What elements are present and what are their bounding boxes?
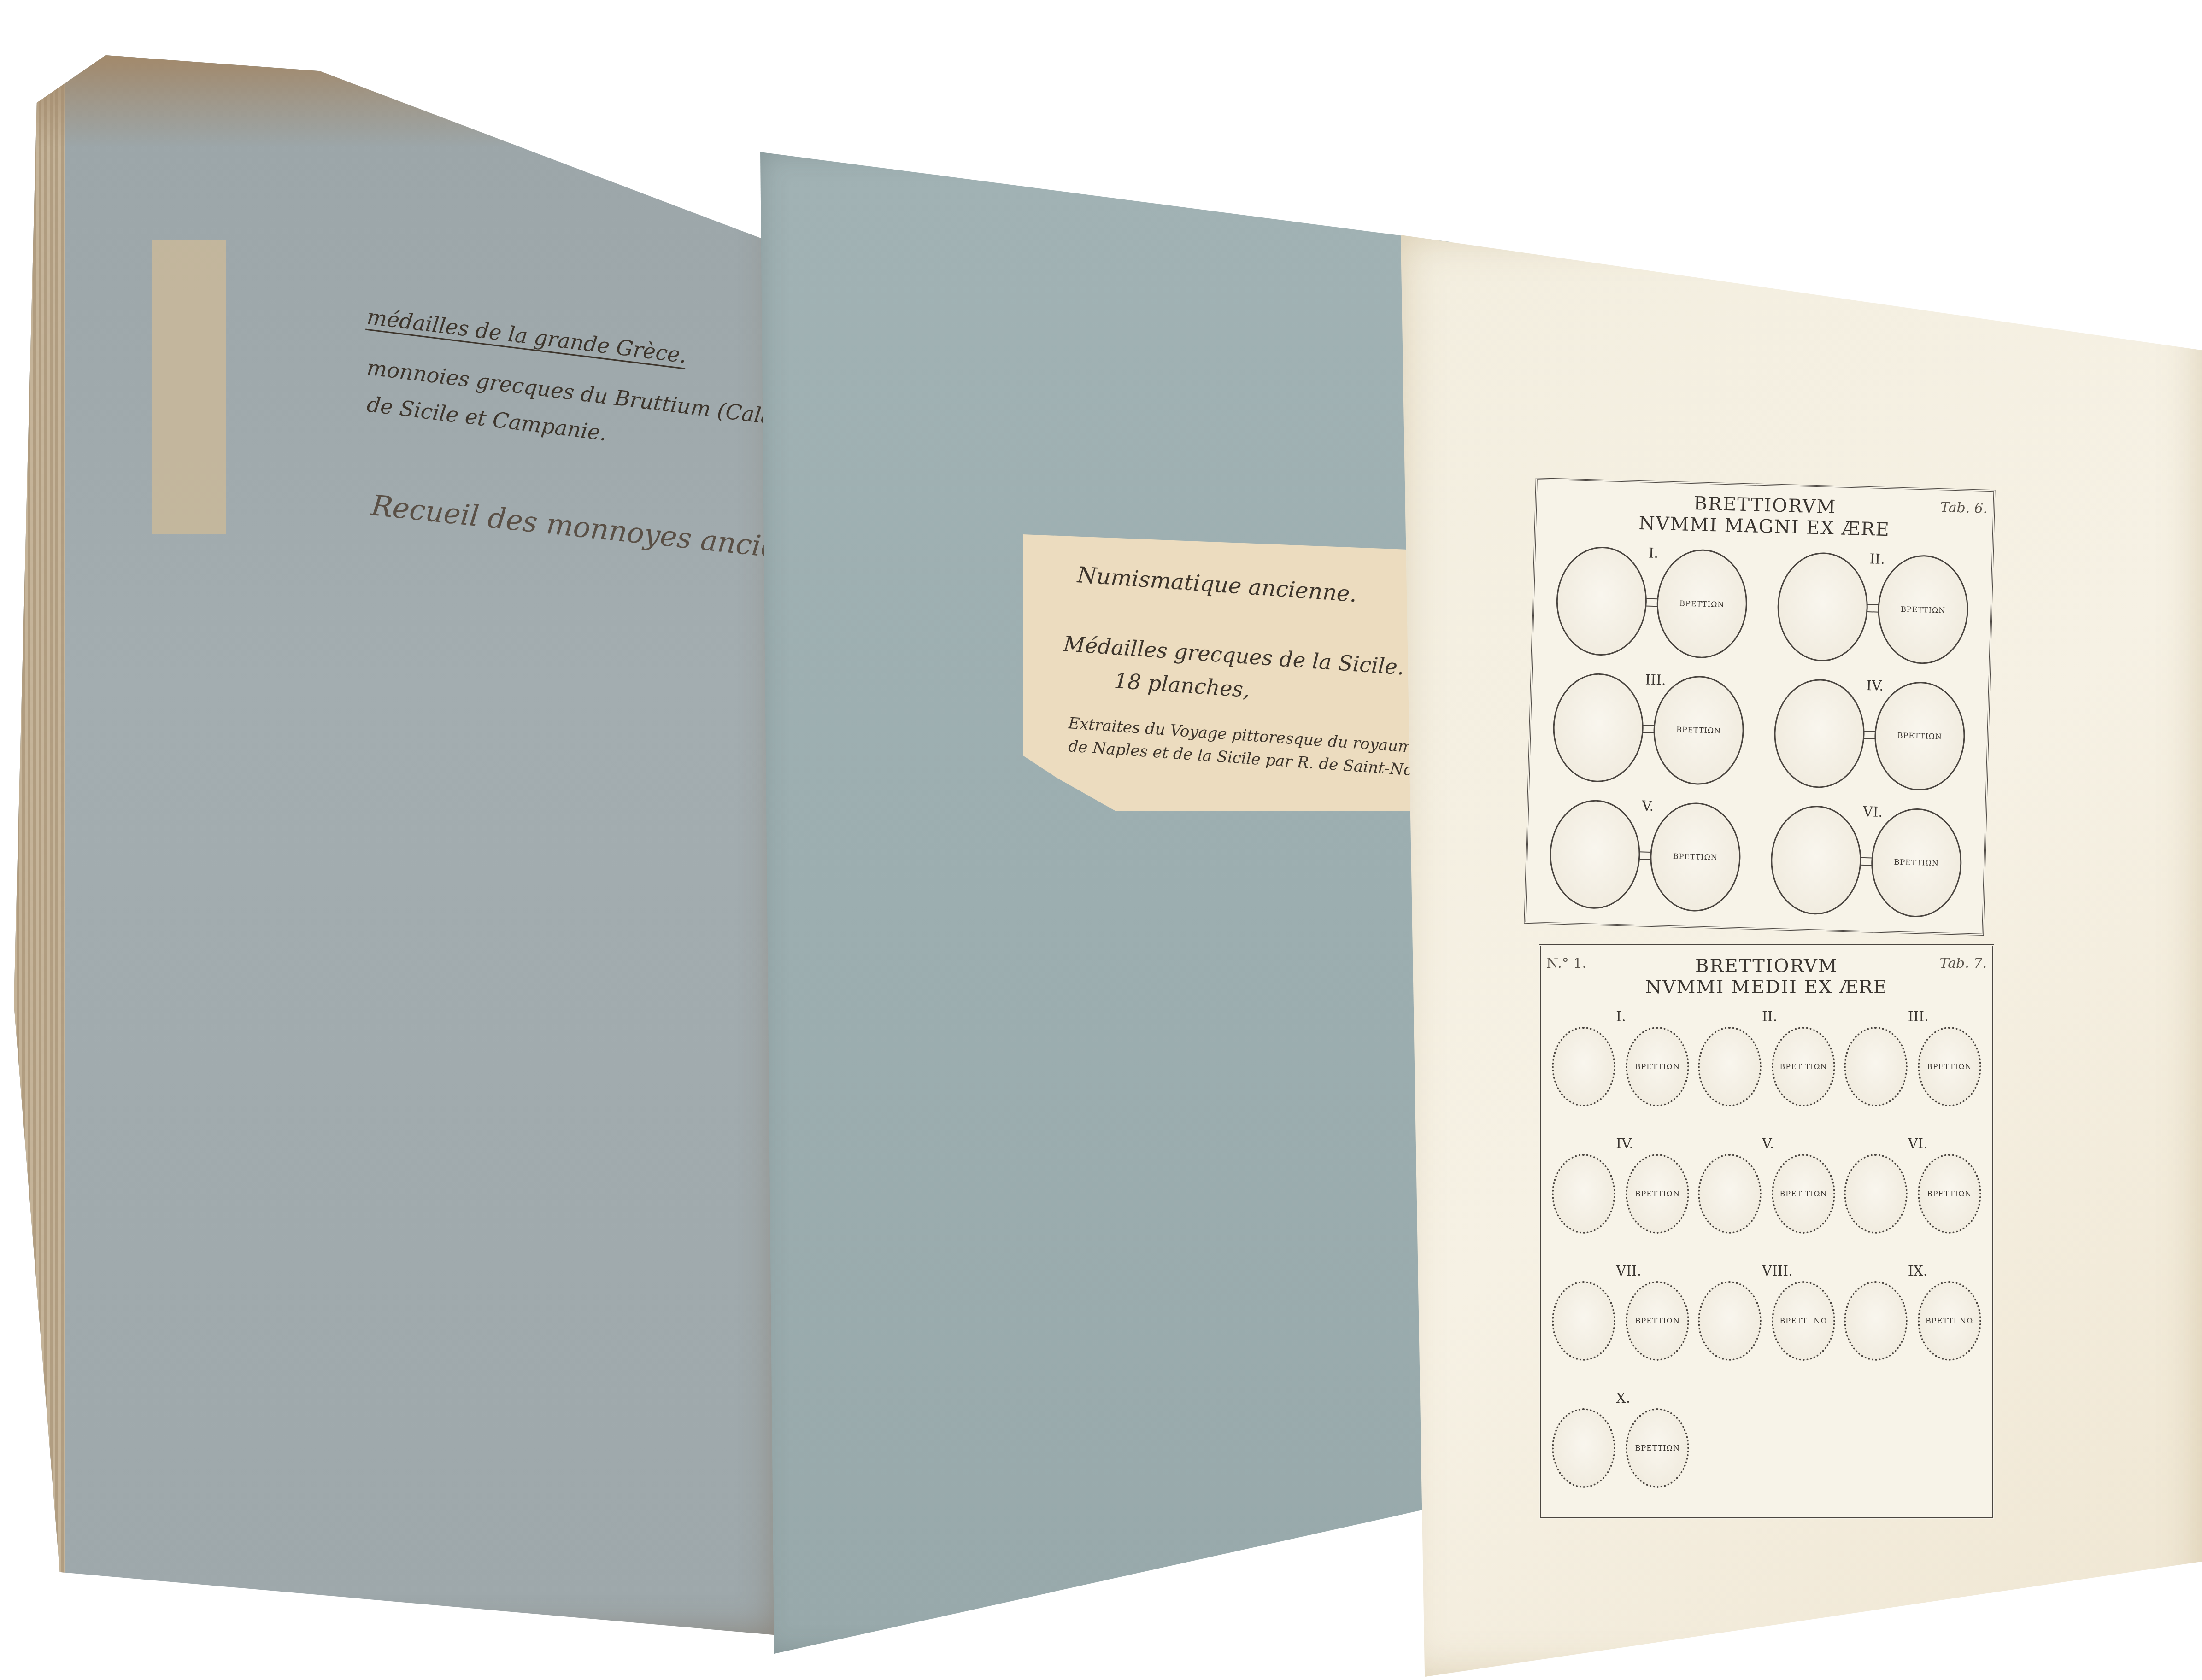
coin-obverse-helmeted-head: [1555, 546, 1648, 657]
coin-reverse-eagle: ΒΡΕΤ ΤΙΩΝ: [1772, 1154, 1835, 1234]
coin-pair: I. ΒΡΕΤΤΙΩΝ: [1542, 540, 1762, 666]
coin-legend: ΒΡΕΤΤΙΩΝ: [1901, 605, 1946, 615]
coin-obverse-laureate-head: [1776, 551, 1869, 662]
middle-volume-cover: Numismatique ancienne. Médailles grecque…: [760, 152, 1451, 1654]
coin-legend: ΒΡΕΤ ΤΙΩΝ: [1779, 1062, 1827, 1071]
coin-link-bar: [1639, 851, 1651, 860]
coin-pair: II. ΒΡΕΤΤΙΩΝ: [1763, 545, 1983, 671]
coin-link-bar: [1863, 731, 1875, 739]
coin-pair: II. ΒΡΕΤ ΤΙΩΝ: [1696, 1006, 1838, 1127]
coin-reverse-eagle: ΒΡΕΤΤΙ ΝΩ: [1772, 1281, 1835, 1361]
right-engraved-sheet: BRETTIORVM NVMMI MAGNI EX ÆRE Tab. 6. I.…: [1401, 235, 2202, 1677]
engraved-plate-medii: N.° 1. BRETTIORVM NVMMI MEDII EX ÆRE Tab…: [1539, 944, 1994, 1519]
plate-tab-number: Tab. 6.: [1940, 499, 1988, 517]
coin-pair: VII. ΒΡΕΤΤΙΩΝ: [1550, 1260, 1691, 1381]
coin-reverse-athena: ΒΡΕΤΤΙΩΝ: [1652, 675, 1745, 786]
coin-numeral: V.: [1642, 798, 1654, 815]
coin-grid: I. ΒΡΕΤΤΙΩΝ II. ΒΡΕΤΤΙΩΝ III. ΒΡΕΤΤΙΩΝ: [1535, 540, 1983, 925]
coin-pair: VI. ΒΡΕΤΤΙΩΝ: [1756, 798, 1976, 924]
coin-reverse: ΒΡΕΤΤΙΩΝ: [1656, 548, 1749, 659]
coin-reverse-athena: ΒΡΕΤΤΙΩΝ: [1873, 681, 1966, 792]
coin-obverse: [1552, 1027, 1615, 1106]
coin-obverse: [1844, 1027, 1908, 1106]
coin-obverse-lion-skin-head: [1548, 799, 1641, 910]
coin-pair: IV. ΒΡΕΤΤΙΩΝ: [1550, 1133, 1691, 1254]
coin-legend: ΒΡΕΤΤΙΩΝ: [1635, 1444, 1680, 1452]
label-line-1: Numismatique ancienne.: [1076, 562, 1358, 607]
coin-obverse-female-head: [1769, 804, 1862, 915]
coin-numeral: I.: [1648, 545, 1658, 562]
coin-legend: ΒΡΕΤΤΙΩΝ: [1927, 1189, 1972, 1198]
coin-numeral: V.: [1762, 1136, 1774, 1152]
coin-numeral: VIII.: [1762, 1263, 1793, 1279]
coin-numeral: VI.: [1908, 1136, 1928, 1152]
left-volume-paper-patch: [152, 240, 226, 534]
coin-legend: ΒΡΕΤΤΙΩΝ: [1635, 1317, 1680, 1325]
left-volume-foxed-top: [14, 55, 779, 147]
label-line-2: Médailles grecques de la Sicile.: [1063, 631, 1405, 680]
coin-reverse-eagle: ΒΡΕΤΤΙ ΝΩ: [1918, 1281, 1981, 1361]
coin-numeral: III.: [1645, 672, 1666, 688]
engraved-plate-magni: BRETTIORVM NVMMI MAGNI EX ÆRE Tab. 6. I.…: [1524, 478, 1996, 936]
coin-reverse: ΒΡΕΤΤΙΩΝ: [1626, 1408, 1689, 1488]
coin-reverse-warrior: ΒΡΕΤΤΙΩΝ: [1918, 1154, 1981, 1234]
label-line-3: 18 planches,: [1113, 668, 1251, 702]
coin-obverse: [1698, 1154, 1762, 1234]
coin-link-bar: [1867, 604, 1879, 613]
coin-numeral: IV.: [1866, 678, 1884, 694]
coin-pair: IV. ΒΡΕΤΤΙΩΝ: [1760, 672, 1979, 798]
coin-legend: ΒΡΕΤΤΙ ΝΩ: [1926, 1317, 1973, 1325]
coin-legend: ΒΡΕΤ ΤΙΩΝ: [1779, 1189, 1827, 1198]
coin-reverse-chariot: ΒΡΕΤΤΙΩΝ: [1877, 554, 1970, 665]
coin-legend: ΒΡΕΤΤΙΩΝ: [1894, 858, 1939, 868]
coin-numeral: IV.: [1616, 1136, 1633, 1152]
coin-numeral: I.: [1616, 1009, 1626, 1025]
coin-grid: I. ΒΡΕΤΤΙΩΝ II. ΒΡΕΤ ΤΙΩΝ III. ΒΡΕΤΤΙΩΝ …: [1550, 1006, 1983, 1508]
middle-volume-paper-label: Numismatique ancienne. Médailles grecque…: [1023, 534, 1442, 811]
coin-pair: IX. ΒΡΕΤΤΙ ΝΩ: [1842, 1260, 1983, 1381]
coin-obverse: [1698, 1281, 1762, 1361]
coin-reverse: ΒΡΕΤΤΙΩΝ: [1626, 1027, 1689, 1106]
coin-legend: ΒΡΕΤΤΙΩΝ: [1927, 1062, 1972, 1071]
coin-pair: III. ΒΡΕΤΤΙΩΝ: [1842, 1006, 1983, 1127]
left-volume-inscription-line-1: médailles de la grande Grèce.: [365, 304, 688, 369]
coin-pair: X. ΒΡΕΤΤΙΩΝ: [1550, 1387, 1691, 1508]
left-volume-cover: médailles de la grande Grèce. monnoies g…: [14, 55, 779, 1635]
coin-numeral: III.: [1908, 1009, 1929, 1025]
coin-numeral: VII.: [1616, 1263, 1641, 1279]
coin-reverse: ΒΡΕΤΤΙΩΝ: [1626, 1281, 1689, 1361]
coin-legend: ΒΡΕΤΤΙΩΝ: [1897, 731, 1943, 741]
coin-reverse-athena: ΒΡΕΤΤΙΩΝ: [1649, 802, 1742, 913]
coin-pair: I. ΒΡΕΤΤΙΩΝ: [1550, 1006, 1691, 1127]
coin-legend: ΒΡΕΤΤΙΩΝ: [1635, 1062, 1680, 1071]
coin-numeral: IX.: [1908, 1263, 1928, 1279]
coin-legend: ΒΡΕΤΤΙΩΝ: [1679, 599, 1725, 609]
coin-obverse-helmeted-head: [1552, 672, 1645, 783]
coin-legend: ΒΡΕΤΤΙ ΝΩ: [1779, 1317, 1827, 1325]
coin-pair: VIII. ΒΡΕΤΤΙ ΝΩ: [1696, 1260, 1838, 1381]
coin-link-bar: [1860, 857, 1872, 866]
coin-numeral: VI.: [1863, 804, 1883, 820]
plate-title-line-1: BRETTIORVM: [1541, 955, 1992, 977]
coin-link-bar: [1646, 598, 1658, 607]
coin-reverse: ΒΡΕΤΤΙΩΝ: [1918, 1027, 1981, 1106]
coin-link-bar: [1642, 725, 1654, 733]
photo-scene: médailles de la grande Grèce. monnoies g…: [0, 0, 2202, 1680]
coin-reverse: ΒΡΕΤΤΙΩΝ: [1626, 1154, 1689, 1234]
coin-obverse: [1844, 1154, 1908, 1234]
coin-reverse-chariot: ΒΡΕΤΤΙΩΝ: [1870, 807, 1963, 918]
coin-legend: ΒΡΕΤΤΙΩΝ: [1635, 1189, 1680, 1198]
coin-obverse: [1552, 1281, 1615, 1361]
coin-obverse-helmeted-head: [1773, 678, 1866, 789]
coin-numeral: II.: [1869, 551, 1885, 568]
coin-pair: V. ΒΡΕΤ ΤΙΩΝ: [1696, 1133, 1838, 1254]
plate-tab-number: Tab. 7.: [1940, 955, 1987, 972]
coin-pair: III. ΒΡΕΤΤΙΩΝ: [1538, 666, 1758, 792]
coin-obverse: [1552, 1408, 1615, 1488]
plate-title-line-2: NVMMI MEDII EX ÆRE: [1541, 977, 1992, 998]
coin-obverse: [1698, 1027, 1762, 1106]
coin-pair: V. ΒΡΕΤΤΙΩΝ: [1535, 793, 1755, 919]
coin-numeral: II.: [1762, 1009, 1777, 1025]
coin-obverse: [1552, 1154, 1615, 1234]
coin-obverse: [1844, 1281, 1908, 1361]
coin-reverse-crab: ΒΡΕΤ ΤΙΩΝ: [1772, 1027, 1835, 1106]
coin-pair: VI. ΒΡΕΤΤΙΩΝ: [1842, 1133, 1983, 1254]
left-volume-page-edges: [14, 55, 65, 1635]
coin-legend: ΒΡΕΤΤΙΩΝ: [1676, 726, 1721, 736]
coin-numeral: X.: [1616, 1390, 1630, 1406]
coin-legend: ΒΡΕΤΤΙΩΝ: [1673, 852, 1718, 862]
